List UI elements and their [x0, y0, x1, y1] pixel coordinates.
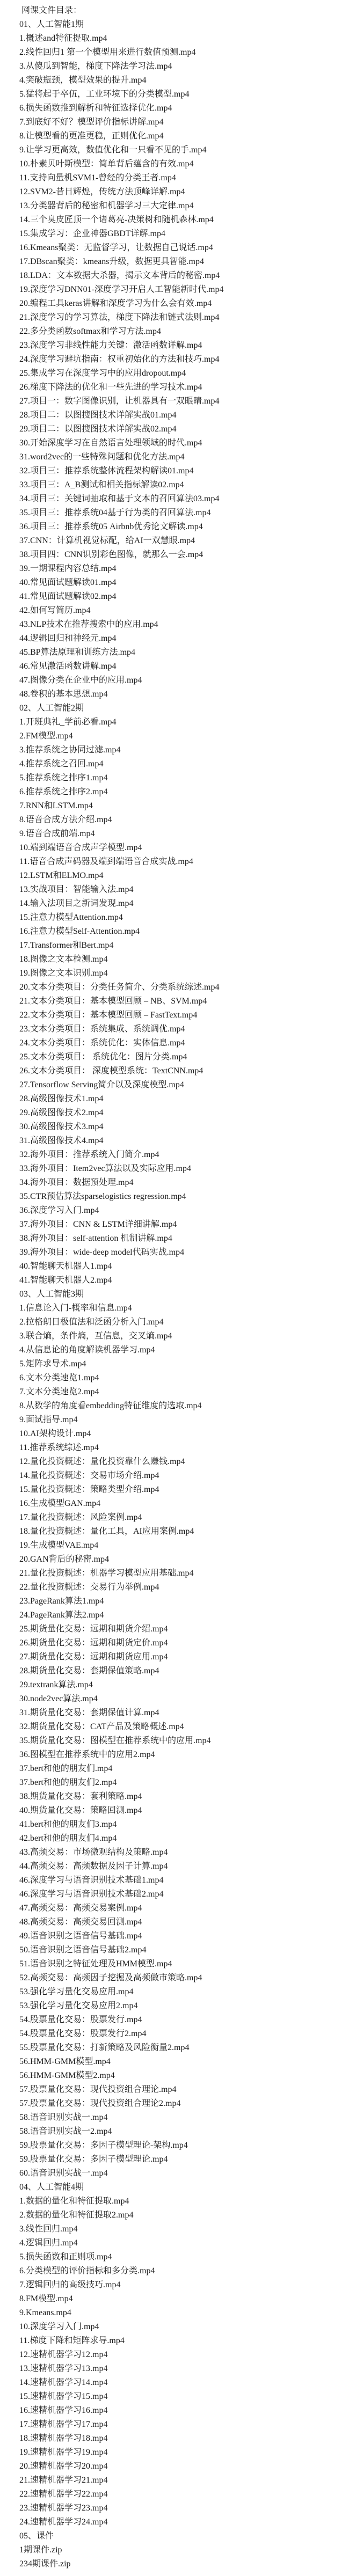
file-list-item: 32.项目三：推荐系统整体流程架构解读01.mp4 — [19, 464, 341, 478]
file-list-item: 35.项目三：推荐系统04基于行为类的召回算法.mp4 — [19, 506, 341, 520]
file-list-item: 20.文本分类项目：分类任务简介、分类系统综述.mp4 — [19, 980, 341, 994]
file-list-item: 2.拉格朗日极值法和泛函分析入门.mp4 — [19, 1315, 341, 1329]
file-list-item: 53.强化学习量化交易应用.mp4 — [19, 1985, 341, 1999]
file-list-item: 11.梯度下降和矩阵求导.mp4 — [19, 2334, 341, 2348]
file-list-item: 14.速精机器学习14.mp4 — [19, 2376, 341, 2390]
file-list-item: 24.PageRank算法2.mp4 — [19, 1608, 341, 1622]
file-list-item: 41.常见面试题解读02.mp4 — [19, 590, 341, 604]
file-list-item: 3.推荐系统之协同过滤.mp4 — [19, 743, 341, 757]
file-list-item: 33.海外项目：Item2vec算法以及实际应用.mp4 — [19, 1162, 341, 1176]
file-list-item: 54.股票量化交易：股票发行2.mp4 — [19, 2027, 341, 2041]
file-list-item: 24.文本分类项目：系统优化：实体信息.mp4 — [19, 1036, 341, 1050]
file-list-item: 15.集成学习：企业神器GBDT详解.mp4 — [19, 227, 341, 241]
file-list-item: 32.期货量化交易：CAT产品及策略概述.mp4 — [19, 1720, 341, 1734]
file-list-item: 58.语音识别实战一.mp4 — [19, 2111, 341, 2125]
file-list-item: 31.期货量化交易：套期保值计算.mp4 — [19, 1706, 341, 1720]
file-list-item: 19.深度学习DNN01-深度学习开启人工智能新时代.mp4 — [19, 283, 341, 297]
file-list-item: 24.深度学习避坑指南：权重初始化的方法和技巧.mp4 — [19, 353, 341, 367]
file-list-item: 60.语音识别实战一.mp4 — [19, 2167, 341, 2180]
section: 04、人工智能4期1.数据的量化和特征提取.mp42.数据的量化和特征提取2.m… — [19, 2180, 341, 2529]
file-list-item: 8.语音合成方法介绍.mp4 — [19, 813, 341, 827]
section-heading: 05、课件 — [19, 2529, 341, 2543]
file-list-item: 12.速精机器学习12.mp4 — [19, 2348, 341, 2362]
file-list-item: 4.逻辑回归.mp4 — [19, 2236, 341, 2250]
file-list-item: 27.Tensorflow Serving简介以及深度模型.mp4 — [19, 1078, 341, 1092]
file-list-item: 38.期货量化交易：套利策略.mp4 — [19, 1790, 341, 1804]
file-list-item: 17.DBscan聚类：kmeans升级，数据更具智能.mp4 — [19, 255, 341, 269]
file-list-item: 10.端到端语音合成声学模型.mp4 — [19, 841, 341, 855]
file-list-item: 5.猛将起于卒伍，工业环境下的分类模型.mp4 — [19, 87, 341, 101]
file-list-item: 25.集成学习在深度学习中的应用dropout.mp4 — [19, 367, 341, 380]
file-list-item: 39.一期课程内容总结.mp4 — [19, 562, 341, 576]
file-list-item: 25.文本分类项目： 系统优化：图片分类.mp4 — [19, 1050, 341, 1064]
file-list-item: 4.从信息论的角度解读机器学习.mp4 — [19, 1343, 341, 1357]
file-list-item: 28.项目二：以图搜图技术详解实战01.mp4 — [19, 408, 341, 422]
file-list-item: 42.如何写简历.mp4 — [19, 604, 341, 618]
file-list-item: 3.联合熵，条件熵，互信息，交叉熵.mp4 — [19, 1329, 341, 1343]
file-list-item: 31.高级图像技术4.mp4 — [19, 1134, 341, 1148]
file-list-item: 13.实战项目：智能输入法.mp4 — [19, 883, 341, 897]
file-list-item: 8.FM模型.mp4 — [19, 2292, 341, 2306]
section: 01、人工智能1期1.概述and特征提取.mp42.线性回归1 第一个模型用来进… — [19, 18, 341, 701]
section: 05、课件1期课件.zip234期课件.zip — [19, 2529, 341, 2571]
file-list-item: 16.Kmeans聚类：无监督学习，让数据自己说话.mp4 — [19, 241, 341, 255]
file-list-item: 7.RNN和LSTM.mp4 — [19, 799, 341, 813]
file-list-item: 13.速精机器学习13.mp4 — [19, 2362, 341, 2376]
file-list-item: 57.股票量化交易：现代投资组合理论.mp4 — [19, 2083, 341, 2097]
file-list-item: 48.卷积的基本思想.mp4 — [19, 687, 341, 701]
file-list-item: 22.多分类函数softmax和学习方法.mp4 — [19, 325, 341, 339]
section-heading: 04、人工智能4期 — [19, 2180, 341, 2194]
file-list-item: 15.注意力模型Attention.mp4 — [19, 911, 341, 925]
file-list-item: 25.期货量化交易：远期和期货介绍.mp4 — [19, 1622, 341, 1636]
file-list-item: 49.语音识别之语音信号基础.mp4 — [19, 1929, 341, 1943]
file-list-item: 41.智能聊天机器人2.mp4 — [19, 1274, 341, 1287]
file-list-item: 47.高频交易：高频交易案例.mp4 — [19, 1901, 341, 1915]
file-list-item: 26.期货量化交易：远期和期货定价.mp4 — [19, 1636, 341, 1650]
section-heading: 01、人工智能1期 — [19, 18, 341, 32]
file-list-item: 9.面试指导.mp4 — [19, 1413, 341, 1427]
file-list-item: 30.开始深度学习在自然语言处理领域的时代.mp4 — [19, 436, 341, 450]
file-list-item: 9.语音合成前端.mp4 — [19, 827, 341, 841]
file-list-item: 3.从傻瓜到智能，梯度下降法学习法.mp4 — [19, 60, 341, 74]
file-list-item: 20.GAN背后的秘密.mp4 — [19, 1553, 341, 1567]
file-list-item: 11.语音合成声码器及端到端语音合成实战.mp4 — [19, 855, 341, 869]
file-list-item: 23.速精机器学习23.mp4 — [19, 2501, 341, 2515]
file-list-item: 39.海外项目：wide-deep model代码实战.mp4 — [19, 1246, 341, 1260]
file-list-item: 44.高频交易：高频数据及因子计算.mp4 — [19, 1860, 341, 1874]
file-list-item: 37.CNN：计算机视觉标配，给AI一双慧眼.mp4 — [19, 534, 341, 548]
file-list-item: 7.逻辑回归的高级技巧.mp4 — [19, 2278, 341, 2292]
file-list-item: 46.深度学习与语音识别技术基础2.mp4 — [19, 1887, 341, 1901]
file-list-item: 37.海外项目：CNN & LSTM详细讲解.mp4 — [19, 1218, 341, 1232]
file-list-item: 14.三个臭皮匠顶一个诸葛亮-决策树和随机森林.mp4 — [19, 213, 341, 227]
file-list-item: 46.深度学习与语音识别技术基础1.mp4 — [19, 1874, 341, 1887]
file-list-item: 6.损失函数推到解析和特征选择优化.mp4 — [19, 101, 341, 115]
file-list-item: 59.股票量化交易：多因子模型理论-架构.mp4 — [19, 2139, 341, 2153]
file-list-item: 26.文本分类项目： 深度模型系统：TextCNN.mp4 — [19, 1064, 341, 1078]
file-list-item: 36.深度学习入门.mp4 — [19, 1204, 341, 1218]
document-title: 网课文件目录： — [19, 4, 341, 18]
file-list-item: 33.项目三：A_B测试和相关指标解读02.mp4 — [19, 478, 341, 492]
file-list-item: 54.股票量化交易：股票发行.mp4 — [19, 2013, 341, 2027]
file-list-item: 40.智能聊天机器人1.mp4 — [19, 1260, 341, 1274]
file-list-item: 15.速精机器学习15.mp4 — [19, 2390, 341, 2404]
file-list-item: 43.高频交易：市场微观结构及策略.mp4 — [19, 1846, 341, 1860]
file-list-item: 35.CTR预估算法sparselogistics regression.mp4 — [19, 1190, 341, 1204]
file-list-item: 30.node2vec算法.mp4 — [19, 1692, 341, 1706]
file-list-item: 1.开班典礼_学前必看.mp4 — [19, 715, 341, 729]
file-list-item: 29.textrank算法.mp4 — [19, 1678, 341, 1692]
file-list-item: 23.文本分类项目：系统集成、系统调优.mp4 — [19, 1022, 341, 1036]
file-list-item: 2.FM模型.mp4 — [19, 729, 341, 743]
file-list-item: 43.NLP技术在推荐搜索中的应用.mp4 — [19, 618, 341, 632]
file-list-item: 16.注意力模型Self-Attention.mp4 — [19, 925, 341, 939]
file-list-item: 4.推荐系统之召回.mp4 — [19, 757, 341, 771]
file-list-item: 10.AI架构设计.mp4 — [19, 1427, 341, 1441]
file-list-item: 6.文本分类速览1.mp4 — [19, 1371, 341, 1385]
file-list-item: 28.高级图像技术1.mp4 — [19, 1092, 341, 1106]
file-list-item: 21.量化投资概述：机器学习模型应用基础.mp4 — [19, 1567, 341, 1580]
file-list-item: 36.项目三：推荐系统05 Airbnb优秀论文解读.mp4 — [19, 520, 341, 534]
file-list-item: 5.推荐系统之排序1.mp4 — [19, 771, 341, 785]
file-list-item: 9.让学习更高效，数值优化和一只看不见的手.mp4 — [19, 143, 341, 157]
file-list-item: 57.股票量化交易：现代投资组合理论2.mp4 — [19, 2097, 341, 2111]
file-list-item: 12.LSTM和ELMO.mp4 — [19, 869, 341, 883]
file-list-item: 19.生成模型VAE.mp4 — [19, 1539, 341, 1553]
file-list-item: 12.量化投资概述：量化投资靠什么赚钱.mp4 — [19, 1455, 341, 1469]
file-list-item: 234期课件.zip — [19, 2557, 341, 2571]
file-list-item: 2.数据的量化和特征提取2.mp4 — [19, 2208, 341, 2222]
file-list-item: 7.文本分类速览2.mp4 — [19, 1385, 341, 1399]
file-list-item: 7.到底好不好？模型评价指标讲解.mp4 — [19, 115, 341, 129]
file-list-item: 18.LDA：文本数据大杀器，揭示文本背后的秘密.mp4 — [19, 269, 341, 283]
file-list-item: 22.量化投资概述：交易行为举例.mp4 — [19, 1580, 341, 1594]
file-list-item: 44.逻辑回归和神经元.mp4 — [19, 632, 341, 646]
file-list-item: 22.速精机器学习22.mp4 — [19, 2487, 341, 2501]
file-list-item: 50.语音识别之语音信号基础2.mp4 — [19, 1943, 341, 1957]
file-list-item: 10.深度学习入门.mp4 — [19, 2320, 341, 2334]
file-list-item: 47.图像分类在企业中的应用.mp4 — [19, 674, 341, 687]
file-list-item: 1期课件.zip — [19, 2543, 341, 2557]
file-list-item: 6.分类模型的评价指标和多分类.mp4 — [19, 2264, 341, 2278]
file-list-item: 27.期货量化交易：远期和期货应用.mp4 — [19, 1650, 341, 1664]
file-list-item: 1.信息论入门-概率和信息.mp4 — [19, 1301, 341, 1315]
file-list-item: 2.线性回归1 第一个模型用来进行数值预测.mp4 — [19, 46, 341, 60]
file-list-item: 38.项目四：CNN识别彩色图像，就那么一会.mp4 — [19, 548, 341, 562]
file-list-item: 1.概述and特征提取.mp4 — [19, 32, 341, 46]
file-list-item: 10.朴素贝叶斯模型：简单背后蕴含的有效.mp4 — [19, 157, 341, 171]
file-list-item: 59.股票量化交易：多因子模型理论.mp4 — [19, 2153, 341, 2167]
file-list-item: 16.生成模型GAN.mp4 — [19, 1497, 341, 1511]
file-list-item: 1.数据的量化和特征提取.mp4 — [19, 2194, 341, 2208]
file-list-item: 19.速精机器学习19.mp4 — [19, 2446, 341, 2460]
file-list-item: 18.图像之文本检测.mp4 — [19, 953, 341, 967]
file-list-item: 15.量化投资概述：策略类型介绍.mp4 — [19, 1483, 341, 1497]
file-list-item: 52.高频交易：高频因子挖掘及高频做市策略.mp4 — [19, 1971, 341, 1985]
file-list-item: 11.支持向量机SVM1-曾经的分类王者.mp4 — [19, 171, 341, 185]
file-list-item: 56.HMM-GMM模型.mp4 — [19, 2055, 341, 2069]
file-list-item: 8.从数学的角度看embedding特征维度的选取.mp4 — [19, 1399, 341, 1413]
file-list-item: 21.速精机器学习21.mp4 — [19, 2473, 341, 2487]
file-list-item: 58.语音识别实战一2.mp4 — [19, 2125, 341, 2139]
file-list-item: 3.线性回归.mp4 — [19, 2222, 341, 2236]
file-list-item: 32.海外项目：推荐系统入门简介.mp4 — [19, 1148, 341, 1162]
file-list-item: 14.量化投资概述：交易市场介绍.mp4 — [19, 1469, 341, 1483]
file-list-item: 5.损失函数和正则项.mp4 — [19, 2250, 341, 2264]
file-list-item: 16.速精机器学习16.mp4 — [19, 2404, 341, 2418]
section: 03、人工智能3期1.信息论入门-概率和信息.mp42.拉格朗日极值法和泛函分析… — [19, 1287, 341, 2180]
file-list-item: 40.常见面试题解读01.mp4 — [19, 576, 341, 590]
section-list: 01、人工智能1期1.概述and特征提取.mp42.线性回归1 第一个模型用来进… — [19, 18, 341, 2571]
file-list-item: 45.BP算法原理和训练方法.mp4 — [19, 646, 341, 660]
file-list-item: 20.编程工具keras讲解和深度学习为什么会有效.mp4 — [19, 297, 341, 311]
file-list-item: 36.图模型在推荐系统中的应用2.mp4 — [19, 1748, 341, 1762]
file-list-item: 6.推荐系统之排序2.mp4 — [19, 785, 341, 799]
file-list-item: 18.速精机器学习18.mp4 — [19, 2432, 341, 2446]
file-list-item: 4.突破瓶颈，模型效果的提升.mp4 — [19, 74, 341, 87]
file-list-item: 55.股票量化交易：打新策略及风险衡量2.mp4 — [19, 2041, 341, 2055]
file-list-item: 31.word2vec的一些特殊问题和优化方法.mp4 — [19, 450, 341, 464]
file-list-item: 51.语音识别之特征处理及HMM模型.mp4 — [19, 1957, 341, 1971]
file-list-item: 20.速精机器学习20.mp4 — [19, 2460, 341, 2473]
file-list-item: 28.期货量化交易：套期保值策略.mp4 — [19, 1664, 341, 1678]
file-list-item: 34.项目三：关键词抽取和基于文本的召回算法03.mp4 — [19, 492, 341, 506]
file-list-item: 46.常见激活函数讲解.mp4 — [19, 660, 341, 674]
file-list-item: 9.Kmeans.mp4 — [19, 2306, 341, 2320]
file-list-item: 12.SVM2-昔日辉煌，传统方法顶峰详解.mp4 — [19, 185, 341, 199]
file-list-item: 21.文本分类项目：基本模型回顾 – NB、SVM.mp4 — [19, 994, 341, 1008]
file-list-item: 22.文本分类项目：基本模型回顾 – FastText.mp4 — [19, 1008, 341, 1022]
file-list-item: 37.bert和他的朋友们.mp4 — [19, 1762, 341, 1776]
file-list-item: 17.速精机器学习17.mp4 — [19, 2418, 341, 2432]
file-list-item: 35.期货量化交易：图模型在推荐系统中的应用.mp4 — [19, 1734, 341, 1748]
file-list-item: 42.bert和他的朋友们4.mp4 — [19, 1832, 341, 1846]
file-list-item: 8.让模型看的更准更稳，正则优化.mp4 — [19, 129, 341, 143]
file-list-item: 56.HMM-GMM模型2.mp4 — [19, 2069, 341, 2083]
file-list-item: 48.高频交易：高频交易回测.mp4 — [19, 1915, 341, 1929]
file-list-item: 5.矩阵求导术.mp4 — [19, 1357, 341, 1371]
file-directory-document: 网课文件目录： 01、人工智能1期1.概述and特征提取.mp42.线性回归1 … — [19, 4, 341, 2571]
file-list-item: 53.强化学习量化交易应用2.mp4 — [19, 1999, 341, 2013]
file-list-item: 27.项目一：数字图像识别，让机器具有一双眼睛.mp4 — [19, 394, 341, 408]
file-list-item: 19.图像之文本识别.mp4 — [19, 967, 341, 980]
file-list-item: 23.深度学习非线性能力关键：激活函数详解.mp4 — [19, 339, 341, 353]
file-list-item: 40.期货量化交易：策略回测.mp4 — [19, 1804, 341, 1818]
file-list-item: 38.海外项目：self-attention 机制讲解.mp4 — [19, 1232, 341, 1246]
file-list-item: 29.高级图像技术2.mp4 — [19, 1106, 341, 1120]
section-heading: 02、人工智能2期 — [19, 701, 341, 715]
file-list-item: 30.高级图像技术3.mp4 — [19, 1120, 341, 1134]
file-list-item: 29.项目二：以图搜图技术详解实战02.mp4 — [19, 422, 341, 436]
section-heading: 03、人工智能3期 — [19, 1287, 341, 1301]
file-list-item: 13.分类器背后的秘密和机器学习三大定律.mp4 — [19, 199, 341, 213]
file-list-item: 34.海外项目：数据预处理.mp4 — [19, 1176, 341, 1190]
file-list-item: 41.bert和他的朋友们3.mp4 — [19, 1818, 341, 1832]
file-list-item: 26.梯度下降法的优化和一些先进的学习技术.mp4 — [19, 380, 341, 394]
file-list-item: 21.深度学习的学习算法，梯度下降法和链式法则.mp4 — [19, 311, 341, 325]
file-list-item: 17.量化投资概述：风险案例.mp4 — [19, 1511, 341, 1525]
file-list-item: 37.bert和他的朋友们2.mp4 — [19, 1776, 341, 1790]
file-list-item: 24.速精机器学习24.mp4 — [19, 2515, 341, 2529]
file-list-item: 11.推荐系统综述.mp4 — [19, 1441, 341, 1455]
file-list-item: 17.Transformer和Bert.mp4 — [19, 939, 341, 953]
file-list-item: 14.输入法项目之新词发现.mp4 — [19, 897, 341, 911]
section: 02、人工智能2期1.开班典礼_学前必看.mp42.FM模型.mp43.推荐系统… — [19, 701, 341, 1287]
file-list-item: 23.PageRank算法1.mp4 — [19, 1594, 341, 1608]
file-list-item: 18.量化投资概述：量化工具，AI应用案例.mp4 — [19, 1525, 341, 1539]
